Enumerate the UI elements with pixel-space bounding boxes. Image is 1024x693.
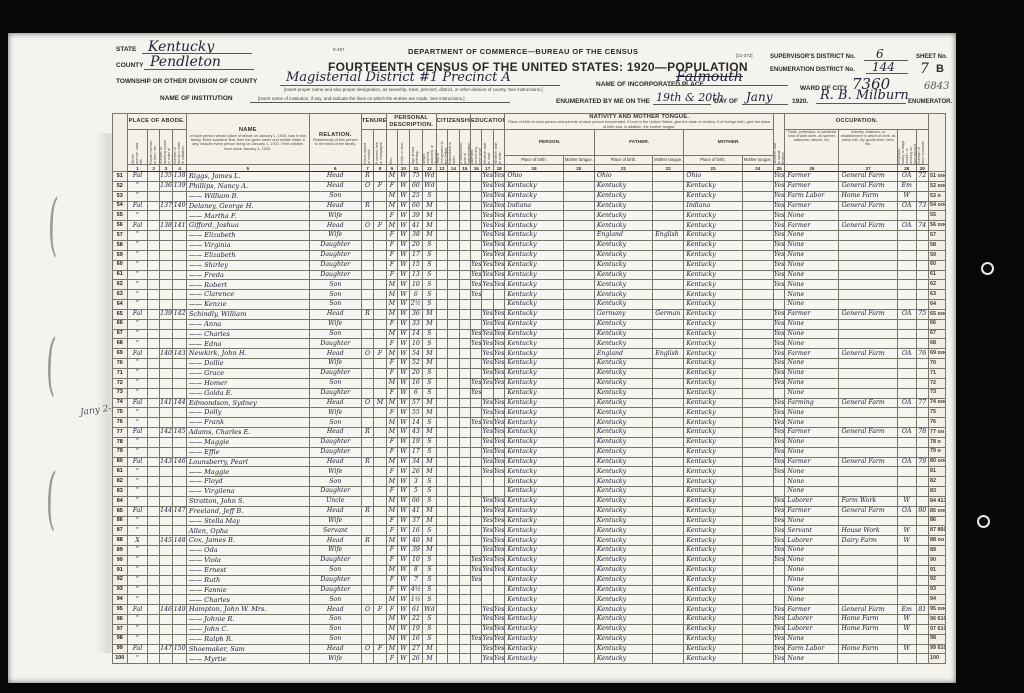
cell-class <box>897 595 916 605</box>
cell-age: 40 <box>409 536 423 546</box>
cell-farm <box>916 437 929 447</box>
cell-relation: Head <box>309 398 361 408</box>
cell-nat_year <box>459 172 470 182</box>
header-cell: Color or race. <box>398 130 409 165</box>
cell-mother_tongue <box>742 280 773 290</box>
group-occupation: OCCUPATION. <box>785 114 929 130</box>
cell-class: OA <box>897 221 916 231</box>
cell-industry <box>839 290 897 300</box>
cell-dwelling <box>159 615 173 625</box>
cell-family: 145 <box>173 428 187 438</box>
cell-mother_pob: Kentucky <box>684 437 742 447</box>
cell-father_tongue <box>653 595 684 605</box>
cell-father_tongue <box>653 467 684 477</box>
column-number: 26 <box>785 165 839 172</box>
cell-mother_tongue <box>742 556 773 566</box>
cell-marital: M <box>423 201 437 211</box>
cell-color: W <box>398 428 409 438</box>
cell-name: —— Effie <box>186 447 309 457</box>
cell-write <box>493 290 504 300</box>
cell-mortgage: F <box>374 181 386 191</box>
cell-owned <box>361 378 373 388</box>
cell-father_tongue <box>653 615 684 625</box>
cell-tongue <box>563 319 594 329</box>
cell-mother_pob: Ohio <box>684 172 742 182</box>
line-number: 63 <box>113 290 128 300</box>
cell-immigration <box>436 201 447 211</box>
table-row: 98"—— Ralph R.SonMW16SYesYesYesKentuckyK… <box>113 634 946 644</box>
cell-school <box>471 654 482 664</box>
cell-industry <box>839 378 897 388</box>
line-number-right: 91 <box>929 565 946 575</box>
cell-pob: Kentucky <box>505 605 563 615</box>
cell-house <box>148 546 159 556</box>
cell-name: Hampton, John W. Mrs. <box>186 605 309 615</box>
cell-english: Yes <box>773 457 784 467</box>
cell-name: —— Golda E. <box>186 388 309 398</box>
table-row: 81"—— MaggieWifeFW26MYesYesKentuckyKentu… <box>113 467 946 477</box>
cell-mortgage <box>374 654 386 664</box>
cell-mother_tongue <box>742 615 773 625</box>
cell-nat_year <box>459 654 470 664</box>
cell-sex: F <box>386 388 397 398</box>
supervisor-label: SUPERVISOR'S DISTRICT No. <box>770 54 855 60</box>
line-number: 100 <box>113 654 128 664</box>
cell-color: W <box>398 201 409 211</box>
cell-naturalized <box>448 585 459 595</box>
cell-mother_pob: Kentucky <box>684 516 742 526</box>
cell-age: 52 <box>409 359 423 369</box>
cell-sex: F <box>386 211 397 221</box>
line-number-right: 69 ooo <box>929 349 946 359</box>
cell-immigration <box>436 250 447 260</box>
column-number: 3 <box>159 165 173 172</box>
cell-write: Yes <box>493 615 504 625</box>
cell-mother_pob: Kentucky <box>684 231 742 241</box>
cell-sex: M <box>386 644 397 654</box>
cell-farm <box>916 644 929 654</box>
cell-dwelling <box>159 526 173 536</box>
cell-house <box>148 526 159 536</box>
line-number-right: 65 ooo <box>929 309 946 319</box>
cell-father_pob: Kentucky <box>594 634 652 644</box>
cell-class: OA <box>897 398 916 408</box>
cell-father_pob: Ohio <box>594 172 652 182</box>
cell-dwelling <box>159 546 173 556</box>
table-row: 71"—— GraceDaughterFW20SYesYesKentuckyKe… <box>113 368 946 378</box>
cell-house <box>148 487 159 497</box>
cell-house <box>148 654 159 664</box>
cell-industry: House Work <box>839 526 897 536</box>
cell-dwelling: 136 <box>159 181 173 191</box>
cell-name: —— Ralph R. <box>186 634 309 644</box>
line-number: 87 <box>113 526 128 536</box>
cell-tongue <box>563 368 594 378</box>
cell-father_tongue <box>653 565 684 575</box>
cell-immigration <box>436 496 447 506</box>
cell-father_tongue: English <box>653 349 684 359</box>
cell-owned <box>361 496 373 506</box>
cell-color: W <box>398 536 409 546</box>
table-row: 93"—— FannieDaughterFW4½SKentuckyKentuck… <box>113 585 946 595</box>
header-cell: Place of birth. <box>505 156 563 165</box>
cell-tongue <box>563 516 594 526</box>
cell-immigration <box>436 595 447 605</box>
cell-relation: Son <box>309 595 361 605</box>
line-number: 60 <box>113 260 128 270</box>
cell-nat_year <box>459 506 470 516</box>
cell-write: Yes <box>493 319 504 329</box>
cell-write: Yes <box>493 270 504 280</box>
cell-marital: S <box>423 575 437 585</box>
cell-occupation: None <box>785 418 839 428</box>
cell-pob: Kentucky <box>505 250 563 260</box>
cell-immigration <box>436 565 447 575</box>
institution-rule <box>250 102 510 103</box>
cell-house <box>148 565 159 575</box>
cell-dwelling <box>159 487 173 497</box>
cell-father_pob: Kentucky <box>594 615 652 625</box>
cell-mortgage <box>374 339 386 349</box>
cell-immigration <box>436 605 447 615</box>
cell-sex: M <box>386 290 397 300</box>
cell-house <box>148 378 159 388</box>
cell-house <box>148 595 159 605</box>
cell-mortgage <box>374 408 386 418</box>
institution-note: [Insert name of institution, if any, and… <box>258 96 465 101</box>
cell-age: 25 <box>409 191 423 201</box>
census-grid-container: PLACE OF ABODE.NAMEof each person whose … <box>112 113 946 664</box>
cell-pob: Kentucky <box>505 447 563 457</box>
cell-mother_tongue <box>742 201 773 211</box>
cell-mother_tongue <box>742 260 773 270</box>
cell-street: Fal <box>127 309 148 319</box>
cell-age: 39 <box>409 546 423 556</box>
cell-write: Yes <box>493 457 504 467</box>
cell-sex: F <box>386 556 397 566</box>
cell-naturalized <box>448 447 459 457</box>
cell-family <box>173 496 187 506</box>
cell-family <box>173 250 187 260</box>
cell-school: Yes <box>471 556 482 566</box>
cell-pob: Kentucky <box>505 634 563 644</box>
cell-farm <box>916 408 929 418</box>
cell-industry <box>839 516 897 526</box>
cell-father_pob: Kentucky <box>594 605 652 615</box>
cell-pob: Kentucky <box>505 280 563 290</box>
column-number: 20 <box>563 165 594 172</box>
cell-immigration <box>436 516 447 526</box>
cell-marital: Wd <box>423 605 437 615</box>
line-number-right: 73 <box>929 388 946 398</box>
cell-relation: Wife <box>309 408 361 418</box>
cell-class <box>897 546 916 556</box>
cell-tongue <box>563 585 594 595</box>
cell-class <box>897 359 916 369</box>
cell-relation: Son <box>309 191 361 201</box>
cell-naturalized <box>448 605 459 615</box>
cell-school <box>471 536 482 546</box>
cell-occupation: None <box>785 516 839 526</box>
cell-farm <box>916 624 929 634</box>
cell-family <box>173 339 187 349</box>
cell-occupation: None <box>785 280 839 290</box>
cell-marital: S <box>423 300 437 310</box>
cell-father_pob: England <box>594 349 652 359</box>
cell-father_pob: Kentucky <box>594 398 652 408</box>
cell-sex: F <box>386 181 397 191</box>
cell-immigration <box>436 309 447 319</box>
cell-tongue <box>563 457 594 467</box>
cell-mother_pob: Kentucky <box>684 211 742 221</box>
cell-mother_pob: Kentucky <box>684 418 742 428</box>
line-number: 67 <box>113 329 128 339</box>
cell-street: " <box>127 418 148 428</box>
cell-tongue <box>563 398 594 408</box>
cell-school: Yes <box>471 329 482 339</box>
cell-naturalized <box>448 644 459 654</box>
line-number: 54 <box>113 201 128 211</box>
cell-father_tongue <box>653 290 684 300</box>
cell-father_tongue <box>653 634 684 644</box>
cell-industry <box>839 270 897 280</box>
cell-owned <box>361 388 373 398</box>
column-number: 8 <box>374 165 386 172</box>
cell-name: Shoemaker, Sam <box>186 644 309 654</box>
cell-name: —— Oda <box>186 546 309 556</box>
cell-class <box>897 378 916 388</box>
cell-relation: Wife <box>309 231 361 241</box>
cell-mother_tongue <box>742 644 773 654</box>
cell-owned <box>361 270 373 280</box>
line-number-right: 64 <box>929 300 946 310</box>
cell-pob: Kentucky <box>505 388 563 398</box>
cell-father_tongue: German <box>653 309 684 319</box>
header-cell: Year of immigration to the United States… <box>436 130 447 165</box>
brace-mark: ( <box>47 186 59 266</box>
cell-english: Yes <box>773 467 784 477</box>
cell-school <box>471 349 482 359</box>
cell-pob: Kentucky <box>505 615 563 625</box>
line-number: 81 <box>113 467 128 477</box>
cell-english: Yes <box>773 319 784 329</box>
cell-naturalized <box>448 181 459 191</box>
cell-owned: O <box>361 349 373 359</box>
cell-tongue <box>563 290 594 300</box>
cell-industry <box>839 388 897 398</box>
cell-farm <box>916 339 929 349</box>
cell-color: W <box>398 496 409 506</box>
cell-mother_pob: Kentucky <box>684 644 742 654</box>
cell-house <box>148 172 159 182</box>
township-note: [Insert proper name and also proper desi… <box>284 87 543 92</box>
table-row: 69Fal140143Newkirk, John H.HeadOFMW54MYe… <box>113 349 946 359</box>
cell-family: 143 <box>173 349 187 359</box>
cell-mother_tongue <box>742 654 773 664</box>
cell-sex: F <box>386 654 397 664</box>
line-number-right: 81 <box>929 467 946 477</box>
line-number: 80 <box>113 457 128 467</box>
cell-immigration <box>436 349 447 359</box>
cell-naturalized <box>448 408 459 418</box>
cell-name: —— Myrtie <box>186 654 309 664</box>
table-row: 90"—— ViolaDaughterFW10SYesYesYesKentuck… <box>113 556 946 566</box>
cell-relation: Son <box>309 280 361 290</box>
cell-name: —— Maggie <box>186 437 309 447</box>
cell-farm <box>916 290 929 300</box>
cell-color: W <box>398 447 409 457</box>
cell-english: Yes <box>773 359 784 369</box>
cell-street: " <box>127 280 148 290</box>
cell-family <box>173 595 187 605</box>
census-table: PLACE OF ABODE.NAMEof each person whose … <box>112 113 946 664</box>
cell-naturalized <box>448 526 459 536</box>
cell-farm <box>916 270 929 280</box>
cell-owned: O <box>361 605 373 615</box>
cell-owned <box>361 250 373 260</box>
cell-english: Yes <box>773 231 784 241</box>
cell-read: Yes <box>482 615 493 625</box>
cell-relation: Head <box>309 536 361 546</box>
header-cell: Whether able to read. <box>482 130 493 165</box>
cell-naturalized <box>448 496 459 506</box>
line-number: 89 <box>113 546 128 556</box>
table-row: 91"—— ErnestSonMW8SYesYesYesKentuckyKent… <box>113 565 946 575</box>
cell-occupation: None <box>785 556 839 566</box>
cell-english <box>773 300 784 310</box>
cell-class <box>897 516 916 526</box>
cell-pob: Kentucky <box>505 457 563 467</box>
cell-color: W <box>398 556 409 566</box>
cell-color: W <box>398 506 409 516</box>
cell-pob: Kentucky <box>505 585 563 595</box>
cell-sex: F <box>386 368 397 378</box>
cell-color: W <box>398 359 409 369</box>
cell-mother_tongue <box>742 408 773 418</box>
cell-pob: Kentucky <box>505 487 563 497</box>
cell-father_tongue <box>653 329 684 339</box>
table-row: 89"—— OdaWifeFW39MYesYesKentuckyKentucky… <box>113 546 946 556</box>
cell-marital: M <box>423 349 437 359</box>
cell-immigration <box>436 634 447 644</box>
cell-color: W <box>398 487 409 497</box>
cell-owned <box>361 565 373 575</box>
cell-color: W <box>398 477 409 487</box>
cell-relation: Wife <box>309 211 361 221</box>
line-number: 59 <box>113 250 128 260</box>
table-row: 63"—— ClarenceSonMW6SYesKentuckyKentucky… <box>113 290 946 300</box>
table-row: 52"136139Phillips, Nancy A.HeadOFFW60WdY… <box>113 181 946 191</box>
cell-street: " <box>127 359 148 369</box>
table-row: 95Fal146149Hampton, John W. Mrs.HeadOFFW… <box>113 605 946 615</box>
cell-industry: General Farm <box>839 398 897 408</box>
cell-marital: S <box>423 487 437 497</box>
brace-mark: ( <box>45 326 57 406</box>
cell-mother_tongue <box>742 467 773 477</box>
line-number: 71 <box>113 368 128 378</box>
cell-name: —— Freda <box>186 270 309 280</box>
cell-mother_pob: Kentucky <box>684 487 742 497</box>
cell-house <box>148 556 159 566</box>
cell-farm <box>916 329 929 339</box>
column-number: 23 <box>684 165 742 172</box>
cell-farm <box>916 359 929 369</box>
cell-color: W <box>398 329 409 339</box>
line-number-right: 87 860 <box>929 526 946 536</box>
cell-color: W <box>398 181 409 191</box>
cell-school <box>471 644 482 654</box>
cell-industry <box>839 654 897 664</box>
cell-naturalized <box>448 437 459 447</box>
line-number-right: 78 o <box>929 437 946 447</box>
column-number: 9 <box>386 165 397 172</box>
cell-mother_tongue <box>742 418 773 428</box>
line-number-right: 82 <box>929 477 946 487</box>
cell-sex: M <box>386 172 397 182</box>
cell-color: W <box>398 231 409 241</box>
column-number: 15 <box>459 165 470 172</box>
cell-school <box>471 398 482 408</box>
cell-sex: F <box>386 319 397 329</box>
line-number: 70 <box>113 359 128 369</box>
cell-immigration <box>436 359 447 369</box>
cell-write: Yes <box>493 536 504 546</box>
cell-industry <box>839 319 897 329</box>
cell-dwelling <box>159 378 173 388</box>
cell-read: Yes <box>482 250 493 260</box>
cell-read: Yes <box>482 644 493 654</box>
cell-class <box>897 487 916 497</box>
cell-immigration <box>436 437 447 447</box>
header-cell: Mother tongue. <box>563 156 594 165</box>
cell-street: " <box>127 496 148 506</box>
header-cell: Single, married, widowed, or divorced. <box>423 130 437 165</box>
cell-read: Yes <box>482 447 493 457</box>
cell-father_tongue <box>653 280 684 290</box>
cell-sex: M <box>386 300 397 310</box>
cell-street: " <box>127 250 148 260</box>
cell-age: 39 <box>409 211 423 221</box>
cell-english <box>773 575 784 585</box>
cell-mother_pob: Kentucky <box>684 585 742 595</box>
cell-color: W <box>398 398 409 408</box>
cell-sex: F <box>386 250 397 260</box>
cell-immigration <box>436 428 447 438</box>
cell-sex: M <box>386 398 397 408</box>
cell-marital: S <box>423 241 437 251</box>
cell-name: —— Virginia <box>186 241 309 251</box>
cell-father_tongue <box>653 368 684 378</box>
year-label: 1920. <box>792 98 808 105</box>
cell-naturalized <box>448 378 459 388</box>
cell-write: Yes <box>493 280 504 290</box>
cell-owned <box>361 408 373 418</box>
cell-nat_year <box>459 378 470 388</box>
cell-marital: M <box>423 546 437 556</box>
cell-dwelling: 146 <box>159 605 173 615</box>
header-cell: Home owned or rented. <box>361 130 373 165</box>
cell-pob: Kentucky <box>505 408 563 418</box>
cell-occupation: None <box>785 447 839 457</box>
cell-nat_year <box>459 211 470 221</box>
cell-pob: Kentucky <box>505 191 563 201</box>
cell-father_tongue <box>653 506 684 516</box>
cell-relation: Daughter <box>309 339 361 349</box>
line-number: 72 <box>113 378 128 388</box>
cell-color: W <box>398 654 409 664</box>
cell-house <box>148 418 159 428</box>
cell-immigration <box>436 467 447 477</box>
